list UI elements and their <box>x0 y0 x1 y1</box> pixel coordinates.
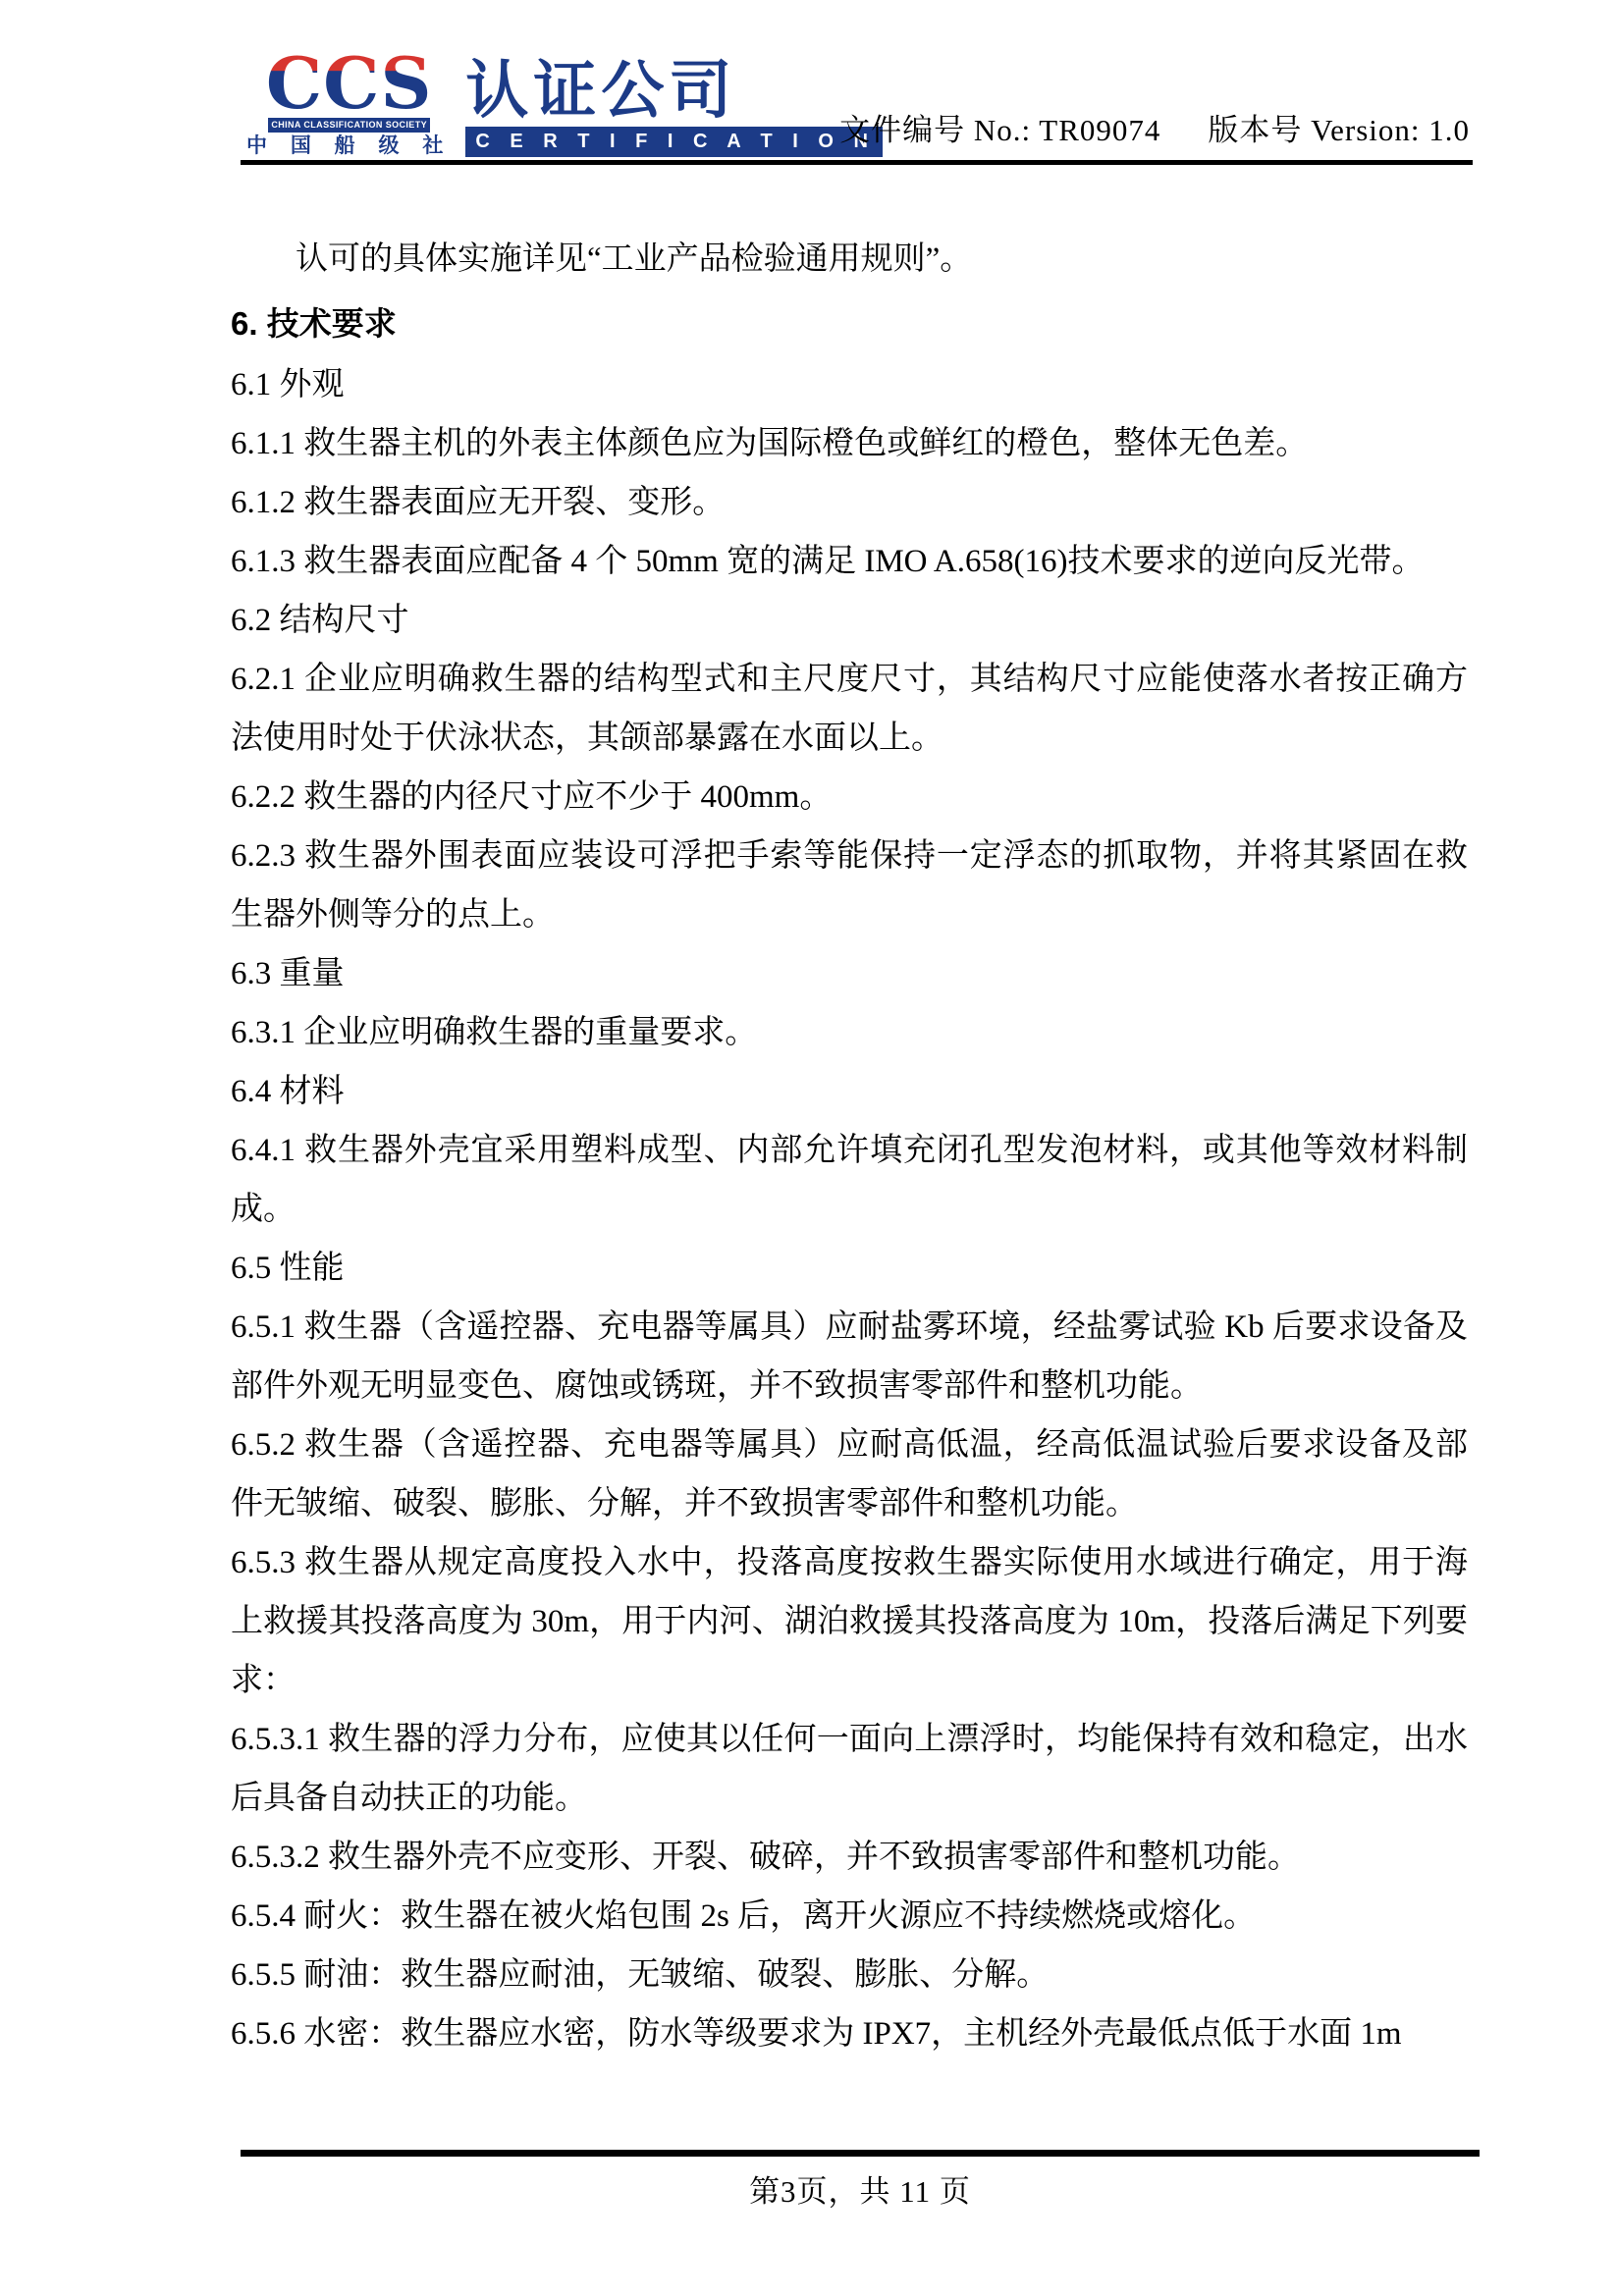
paragraph-6-5-4: 6.5.4 耐火：救生器在被火焰包围 2s 后，离开火源应不持续燃烧或熔化。 <box>231 1887 1468 1946</box>
paragraph-6-2-2: 6.2.2 救生器的内径尺寸应不少于 400mm。 <box>231 768 1468 827</box>
footer-divider <box>241 2150 1480 2157</box>
document-number: 文件编号 No.: TR09074 <box>839 113 1160 147</box>
paragraph-intro: 认可的具体实施详见“工业产品检验通用规则”。 <box>231 230 1468 289</box>
ccs-logo: CCS CHINA CLASSIFICATION SOCIETY 中 国 船 级… <box>246 51 883 157</box>
document-body: 认可的具体实施详见“工业产品检验通用规则”。6. 技术要求6.1 外观6.1.1… <box>231 230 1468 2063</box>
page-header: CCS CHINA CLASSIFICATION SOCIETY 中 国 船 级… <box>241 51 1470 157</box>
paragraph-6-1-1: 6.1.1 救生器主机的外表主体颜色应为国际橙色或鲜红的橙色，整体无色差。 <box>231 414 1468 473</box>
document-page: CCS CHINA CLASSIFICATION SOCIETY 中 国 船 级… <box>0 0 1616 2296</box>
certification-en-bar: C E R T I F I C A T I O N <box>465 127 883 157</box>
paragraph-6-5: 6.5 性能 <box>231 1239 1468 1298</box>
header-divider <box>241 160 1473 165</box>
paragraph-6-5-3: 6.5.3 救生器从规定高度投入水中，投落高度按救生器实际使用水域进行确定，用于… <box>231 1533 1468 1710</box>
paragraph-6-1-2: 6.1.2 救生器表面应无开裂、变形。 <box>231 473 1468 532</box>
paragraph-6-2: 6.2 结构尺寸 <box>231 591 1468 650</box>
paragraph-6-4-1: 6.4.1 救生器外壳宜采用塑料成型、内部允许填充闭孔型发泡材料，或其他等效材料… <box>231 1121 1468 1239</box>
ccs-logo-left: CCS CHINA CLASSIFICATION SOCIETY 中 国 船 级… <box>246 51 452 157</box>
paragraph-6-1-3: 6.1.3 救生器表面应配备 4 个 50mm 宽的满足 IMO A.658(1… <box>231 532 1468 591</box>
paragraph-6-5-3-1: 6.5.3.1 救生器的浮力分布，应使其以任何一面向上漂浮时，均能保持有效和稳定… <box>231 1710 1468 1828</box>
paragraph-6-5-6: 6.5.6 水密：救生器应水密，防水等级要求为 IPX7，主机经外壳最低点低于水… <box>231 2004 1468 2063</box>
paragraph-6-5-2: 6.5.2 救生器（含遥控器、充电器等属具）应耐高低温，经高低温试验后要求设备及… <box>231 1415 1468 1533</box>
ccs-society-cn-label: 中 国 船 级 社 <box>246 134 452 157</box>
paragraph-6-5-5: 6.5.5 耐油：救生器应耐油，无皱缩、破裂、膨胀、分解。 <box>231 1946 1468 2004</box>
paragraph-6-2-1: 6.2.1 企业应明确救生器的结构型式和主尺度尺寸，其结构尺寸应能使落水者按正确… <box>231 650 1468 768</box>
paragraph-6-4: 6.4 材料 <box>231 1062 1468 1121</box>
paragraph-6-5-3-2: 6.5.3.2 救生器外壳不应变形、开裂、破碎，并不致损害零部件和整机功能。 <box>231 1828 1468 1887</box>
ccs-society-en-bar: CHINA CLASSIFICATION SOCIETY <box>268 118 430 133</box>
document-version: 版本号 Version: 1.0 <box>1208 113 1470 147</box>
document-meta: 文件编号 No.: TR09074版本号 Version: 1.0 <box>839 105 1470 149</box>
certification-cn-label: 认证公司 <box>465 59 883 122</box>
ccs-logo-right: 认证公司 C E R T I F I C A T I O N <box>465 59 883 157</box>
paragraph-6-2-3: 6.2.3 救生器外围表面应装设可浮把手索等能保持一定浮态的抓取物，并将其紧固在… <box>231 827 1468 944</box>
paragraph-6-5-1: 6.5.1 救生器（含遥控器、充电器等属具）应耐盐雾环境，经盐雾试验 Kb 后要… <box>231 1298 1468 1415</box>
paragraph-6-3: 6.3 重量 <box>231 944 1468 1003</box>
ccs-logo-letters: CCS <box>266 51 433 116</box>
paragraph-6-1: 6.1 外观 <box>231 355 1468 414</box>
paragraph-6: 6. 技术要求 <box>231 294 1468 353</box>
paragraph-6-3-1: 6.3.1 企业应明确救生器的重量要求。 <box>231 1003 1468 1062</box>
page-number: 第3页，共 11 页 <box>241 2169 1480 2215</box>
